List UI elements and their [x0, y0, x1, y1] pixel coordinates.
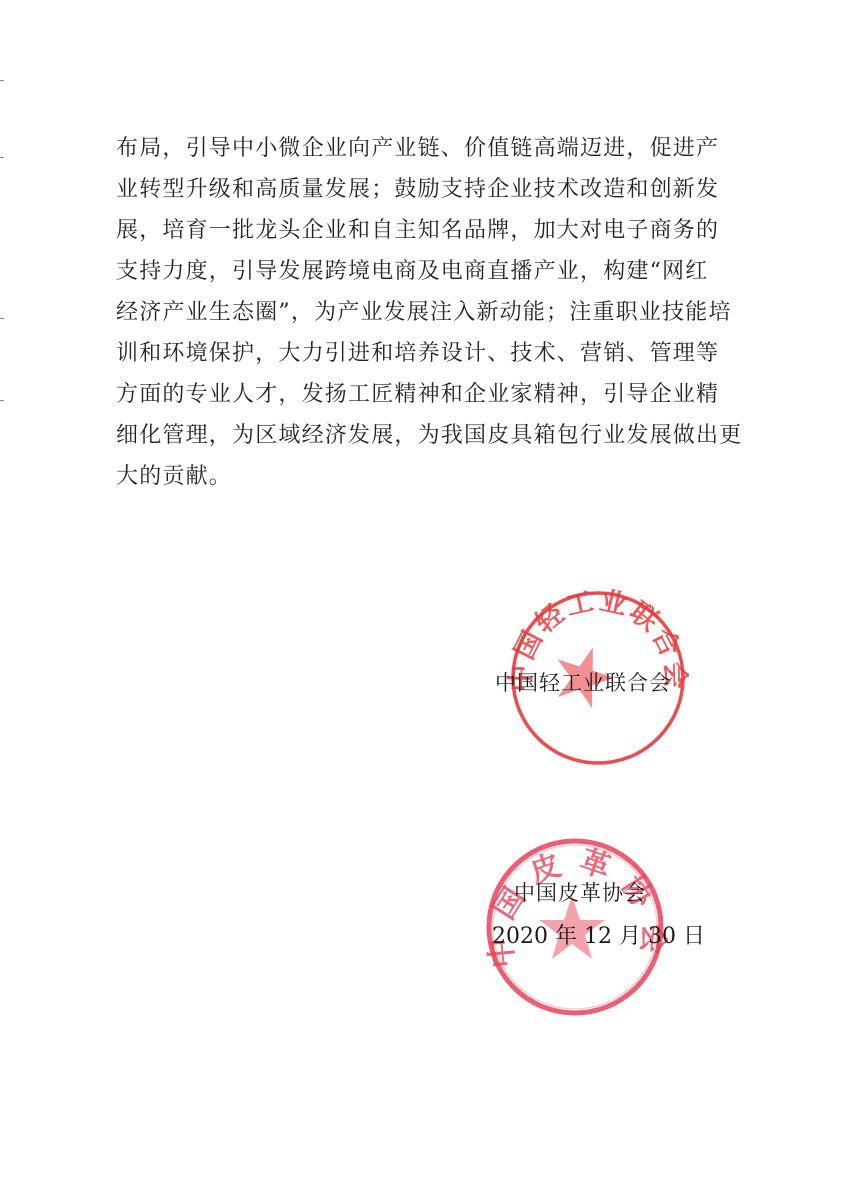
- body-line: 展，培育一批龙头企业和自主知名品牌，加大对电子商务的: [116, 210, 736, 251]
- body-paragraph: 布局，引导中小微企业向产业链、价值链高端迈进，促进产 业转型升级和高质量发展；鼓…: [116, 128, 736, 497]
- document-page: 布局，引导中小微企业向产业链、价值链高端迈进，促进产 业转型升级和高质量发展；鼓…: [0, 0, 848, 1200]
- svg-text:中国皮革协会: 中国皮革协会: [484, 843, 668, 969]
- body-line: 经济产业生态圈”，为产业发展注入新动能；注重职业技能培: [116, 292, 736, 333]
- body-line: 布局，引导中小微企业向产业链、价值链高端迈进，促进产: [116, 128, 736, 169]
- body-line: 大的贡献。: [116, 456, 736, 497]
- body-line: 业转型升级和高质量发展；鼓励支持企业技术改造和创新发: [116, 169, 736, 210]
- body-line: 细化管理，为区域经济发展，为我国皮具箱包行业发展做出更: [116, 415, 736, 456]
- signature-light-industry-council: 中国轻工业联合会: [495, 671, 671, 695]
- scan-mark: [0, 400, 4, 401]
- scan-mark: [0, 80, 4, 81]
- signature-date: 2020 年 12 月 30 日: [492, 925, 705, 949]
- body-line: 训和环境保护，大力引进和培养设计、技术、营销、管理等: [116, 333, 736, 374]
- body-line: 支持力度，引导发展跨境电商及电商直播产业，构建“网红: [116, 251, 736, 292]
- scan-mark: [0, 318, 4, 319]
- signature-leather-association: 中国皮革协会: [514, 881, 646, 905]
- scan-mark: [0, 157, 4, 158]
- body-line: 方面的专业人才，发扬工匠精神和企业家精神，引导企业精: [116, 374, 736, 415]
